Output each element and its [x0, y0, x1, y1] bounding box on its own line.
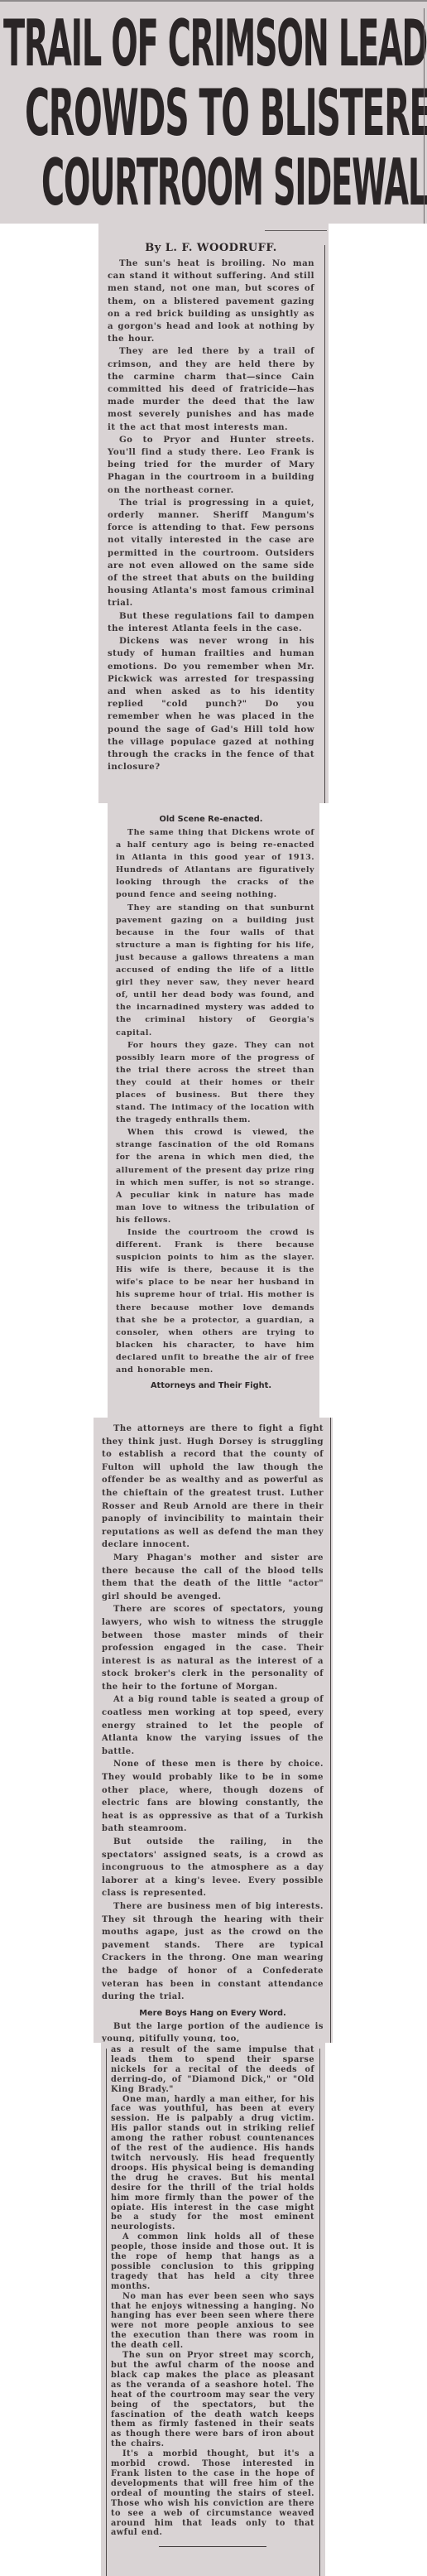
paragraph: When this crowd is viewed, the strange f…: [108, 1126, 314, 1226]
paragraph: as a result of the same impulse that lea…: [111, 2045, 314, 2095]
divider: [265, 230, 327, 231]
article-clipping-4: as a result of the same impulse that lea…: [101, 2042, 325, 2576]
headline-line-2: CROWDS TO BLISTERED: [25, 81, 287, 146]
paragraph: The trial is progressing in a quiet, ord…: [108, 497, 314, 610]
paragraph: The sun on Pryor street may scorch, but …: [111, 2351, 314, 2449]
paragraph: The attorneys are there to fight a fight…: [102, 1423, 324, 1552]
paragraph: It's a morbid thought, but it's a morbid…: [111, 2449, 314, 2538]
paragraph: They are led there by a trail of crimson…: [108, 345, 314, 433]
paragraph: They are standing on that sunburnt pavem…: [108, 902, 314, 1039]
paragraph: There are scores of spectators, young la…: [102, 1603, 324, 1693]
byline: By L. F. WOODRUFF.: [108, 242, 314, 254]
paragraph: Go to Pryor and Hunter streets. You'll f…: [108, 434, 314, 497]
subheading: Old Scene Re-enacted.: [108, 815, 314, 824]
paragraph: The same thing that Dickens wrote of a h…: [108, 826, 314, 902]
paragraph: But outside the railing, in the spectato…: [102, 1836, 324, 1900]
subheading: Attorneys and Their Fight.: [108, 1381, 314, 1390]
end-rule: [159, 2546, 266, 2547]
paragraph: At a big round table is seated a group o…: [102, 1693, 324, 1758]
paragraph: A common link holds all of these people,…: [111, 2232, 314, 2291]
paragraph: Dickens was never wrong in his study of …: [108, 635, 314, 773]
paragraph: For hours they gaze. They can not possib…: [108, 1039, 314, 1127]
paragraph: Inside the courtroom the crowd is differ…: [108, 1226, 314, 1376]
article-clipping-3: The attorneys are there to fight a fight…: [94, 1418, 333, 2043]
paragraph: The sun's heat is broiling. No man can s…: [108, 258, 314, 345]
article-clipping-1: By L. F. WOODRUFF. The sun's heat is bro…: [98, 222, 329, 803]
paragraph: None of these men is there by choice. Th…: [102, 1758, 324, 1836]
headline-line-1: TRAIL OF CRIMSON LEADS: [3, 12, 249, 76]
paragraph: No man has ever been seen who says that …: [111, 2292, 314, 2351]
column-rule: [424, 8, 425, 224]
headline-line-3: COURTROOM SIDEWALK: [41, 151, 287, 215]
article-clipping-2: Old Scene Re-enacted. The same thing tha…: [108, 803, 319, 1418]
subheading: Mere Boys Hang on Every Word.: [102, 2009, 324, 2018]
headline-block: TRAIL OF CRIMSON LEADS CROWDS TO BLISTER…: [0, 0, 427, 224]
paragraph: But these regulations fail to dampen the…: [108, 610, 314, 635]
paragraph: One man, hardly a man either, for his fa…: [111, 2095, 314, 2233]
paragraph: Mary Phagan's mother and sister are ther…: [102, 1552, 324, 1603]
paragraph: There are business men of big interests.…: [102, 1900, 324, 2004]
